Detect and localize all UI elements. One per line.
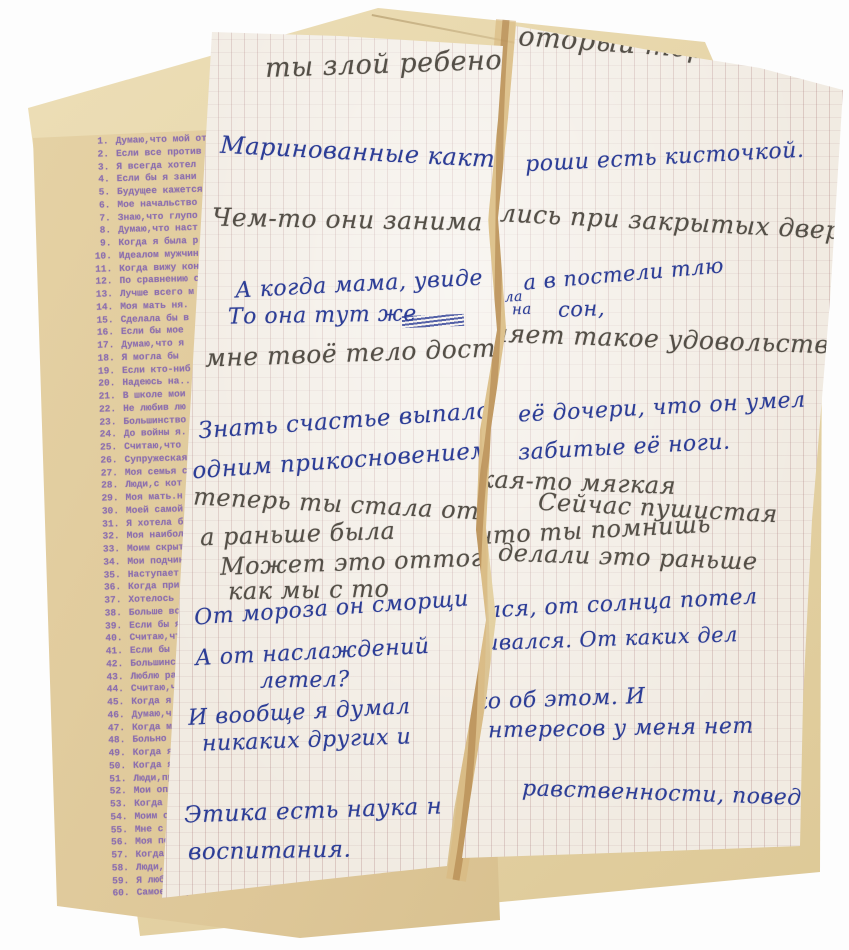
typed-line-number: 58. [105,862,129,875]
typed-line-number: 18. [91,352,115,365]
typed-line-number: 14. [89,301,113,314]
typed-line-number: 42. [99,658,123,671]
typed-line-number: 50. [102,760,126,773]
handwritten-line: одним прикосновением [191,438,490,485]
typed-line-number: 53. [103,798,127,811]
typed-line-number: 3. [85,161,109,174]
handwritten-line: Знать счастье выпало [197,398,491,444]
typed-line-number: 23. [92,416,116,429]
handwritten-line: вался, от солнца потел [460,584,759,625]
typed-line-number: 21. [92,390,116,403]
handwritten-line: летел? [260,667,350,694]
typed-line-number: 16. [90,326,114,339]
typed-line-number: 57. [104,849,128,862]
typed-line-number: 8. [87,225,111,238]
typed-line-number: 32. [96,530,120,543]
typed-line-number: 45. [100,696,124,709]
handwritten-line: А от наслаждений [195,634,431,671]
handwritten-line: её дочери, что он умел [518,387,807,427]
typed-line-number: 2. [85,148,109,161]
typed-line-number: 55. [104,824,128,837]
typed-line-number: 17. [90,339,114,352]
typed-line-number: 46. [101,709,125,722]
handwritten-line: никаких других и [202,724,412,756]
torn-note-sheet: ты злой ребенок, к Маринованные кактусы,… [140,0,849,950]
typed-line-number: 60. [106,887,130,900]
typed-line-number: 9. [87,237,111,250]
typed-line-number: 15. [89,314,113,327]
typed-line-number: 51. [102,773,126,786]
typed-line-number: 39. [98,620,122,633]
typed-line-number: 36. [97,581,121,594]
handwritten-line: А когда мама, увиде [235,266,484,304]
typed-line-number: 37. [97,594,121,607]
handwritten-line: забитые её ноги. [517,429,731,465]
typed-line-number: 40. [98,632,122,645]
typed-line-number: 13. [89,288,113,301]
typed-line-number: 25. [93,441,117,454]
typed-line-number: 12. [88,276,112,289]
typed-line-number: 1. [85,135,109,148]
typed-line-number: 5. [86,186,110,199]
handwritten-line: делали это раньше [498,538,758,575]
handwritten-line: мне твоё тело достав [205,332,527,372]
typed-line-number: 6. [86,199,110,212]
typed-line-number: 34. [96,556,120,569]
typed-line-number: 43. [99,671,123,684]
handwritten-line: Чем-то они занима [212,203,483,237]
handwritten-line: То она тут же [228,301,417,329]
handwritten-line: нтересов у меня нет [488,714,754,744]
handwritten-line: лись при закрытых дверях [499,198,849,247]
typed-line-number: 20. [91,377,115,390]
handwritten-line: ляет такое удовольствие [492,319,849,361]
typed-line-number: 35. [97,569,121,582]
handwritten-line: а раньше была [200,517,396,552]
typed-line-number: 28. [94,479,118,492]
typed-line-number: 49. [102,747,126,760]
handwritten-line: Этика есть наука н [184,794,443,829]
typed-line-number: 38. [98,607,122,620]
handwritten-line: а в постели тлю [522,253,725,294]
typed-line-number: 33. [96,543,120,556]
typed-line-number: 59. [105,875,129,888]
typed-line-number: 19. [91,365,115,378]
typed-line-number: 54. [103,811,127,824]
handwritten-line: роши есть кисточкой. [525,138,805,178]
typed-line-number: 44. [100,683,124,696]
handwritten-word-inserted: на [512,300,532,319]
typed-line-number: 22. [92,403,116,416]
typed-line-number: 26. [93,454,117,467]
typed-line-number: 11. [88,263,112,276]
typed-line-number: 48. [101,734,125,747]
handwritten-line: воспитания. [188,837,352,866]
typed-line-number: 4. [86,174,110,187]
typed-line-number: 7. [87,212,111,225]
typed-line-number: 27. [94,467,118,480]
crossed-out-word [402,314,464,328]
typed-line-number: 10. [88,250,112,263]
handwritten-line: сон, [558,296,606,322]
handwritten-line: равственности, поведения [522,776,849,813]
typed-line-number: 41. [99,645,123,658]
typed-line-number: 31. [95,518,119,531]
typed-line-number: 30. [95,505,119,518]
typed-line-number: 47. [101,722,125,735]
typed-line-number: 56. [104,836,128,849]
typed-line-number: 24. [93,428,117,441]
typed-line-number: 29. [94,492,118,505]
typed-line-number: 52. [103,785,127,798]
photo-scene: вать, МЕТОД НЕЗ 1.Думаю,что мой от 2.Есл… [0,0,849,950]
